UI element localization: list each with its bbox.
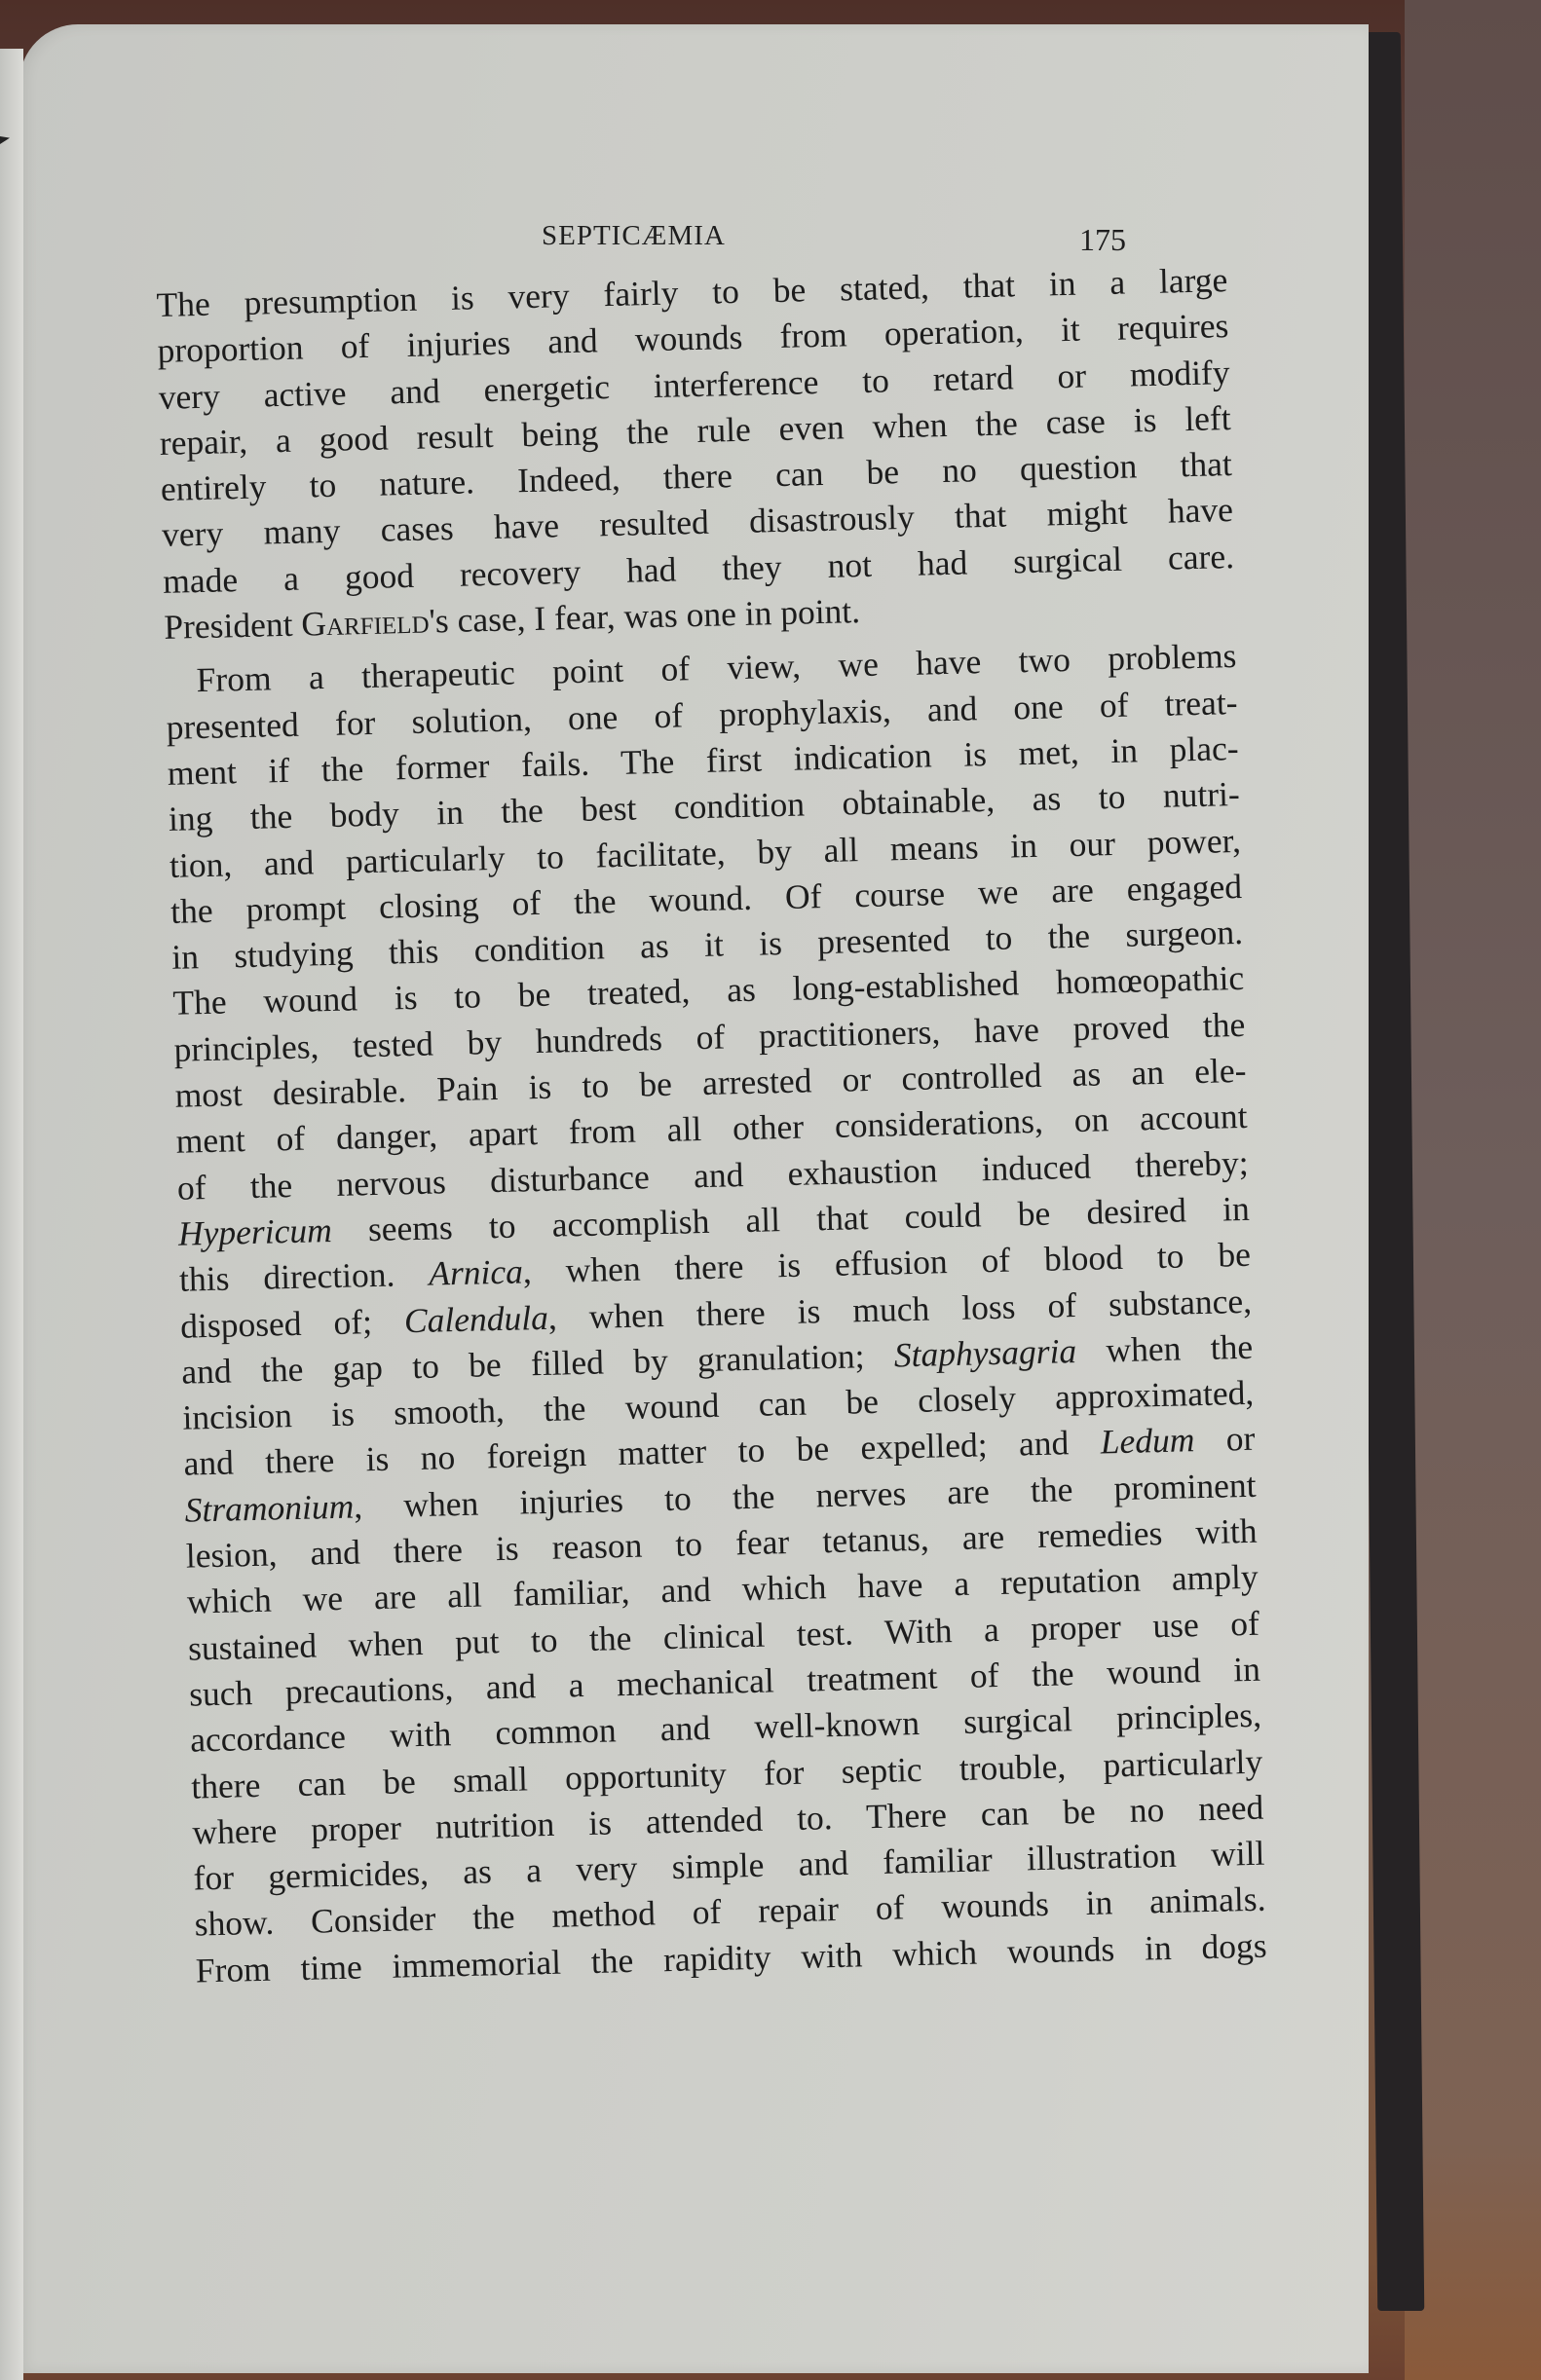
remedy-arnica: Arnica [429, 1252, 524, 1293]
paragraph-2: From a therapeutic point of view, we hav… [165, 633, 1267, 1993]
page-number: 175 [1079, 222, 1126, 258]
text-run: disposed of; [180, 1301, 405, 1345]
text-run: or [1194, 1419, 1256, 1459]
text-run: 's case, I fear, was one in point. [429, 591, 860, 640]
running-head: SEPTICÆMIA [542, 220, 1126, 252]
remedy-calendula: Calendula [403, 1297, 548, 1339]
body-text: The presumption is very fairly to be sta… [156, 257, 1267, 1993]
proper-name-garfield: Garfield [301, 602, 430, 644]
facing-page-edge [0, 49, 23, 2380]
table-surface-right [1405, 0, 1541, 2380]
remedy-ledum: Ledum [1100, 1421, 1195, 1462]
paragraph-1: The presumption is very fairly to be sta… [156, 257, 1236, 651]
text-run: when the [1076, 1327, 1254, 1370]
remedy-hypericum: Hypericum [178, 1210, 333, 1253]
remedy-stramonium: Stramonium [184, 1486, 354, 1529]
text-run: President [164, 605, 302, 647]
remedy-staphysagria: Staphysagria [893, 1331, 1076, 1374]
text-run: this direction. [179, 1254, 430, 1299]
